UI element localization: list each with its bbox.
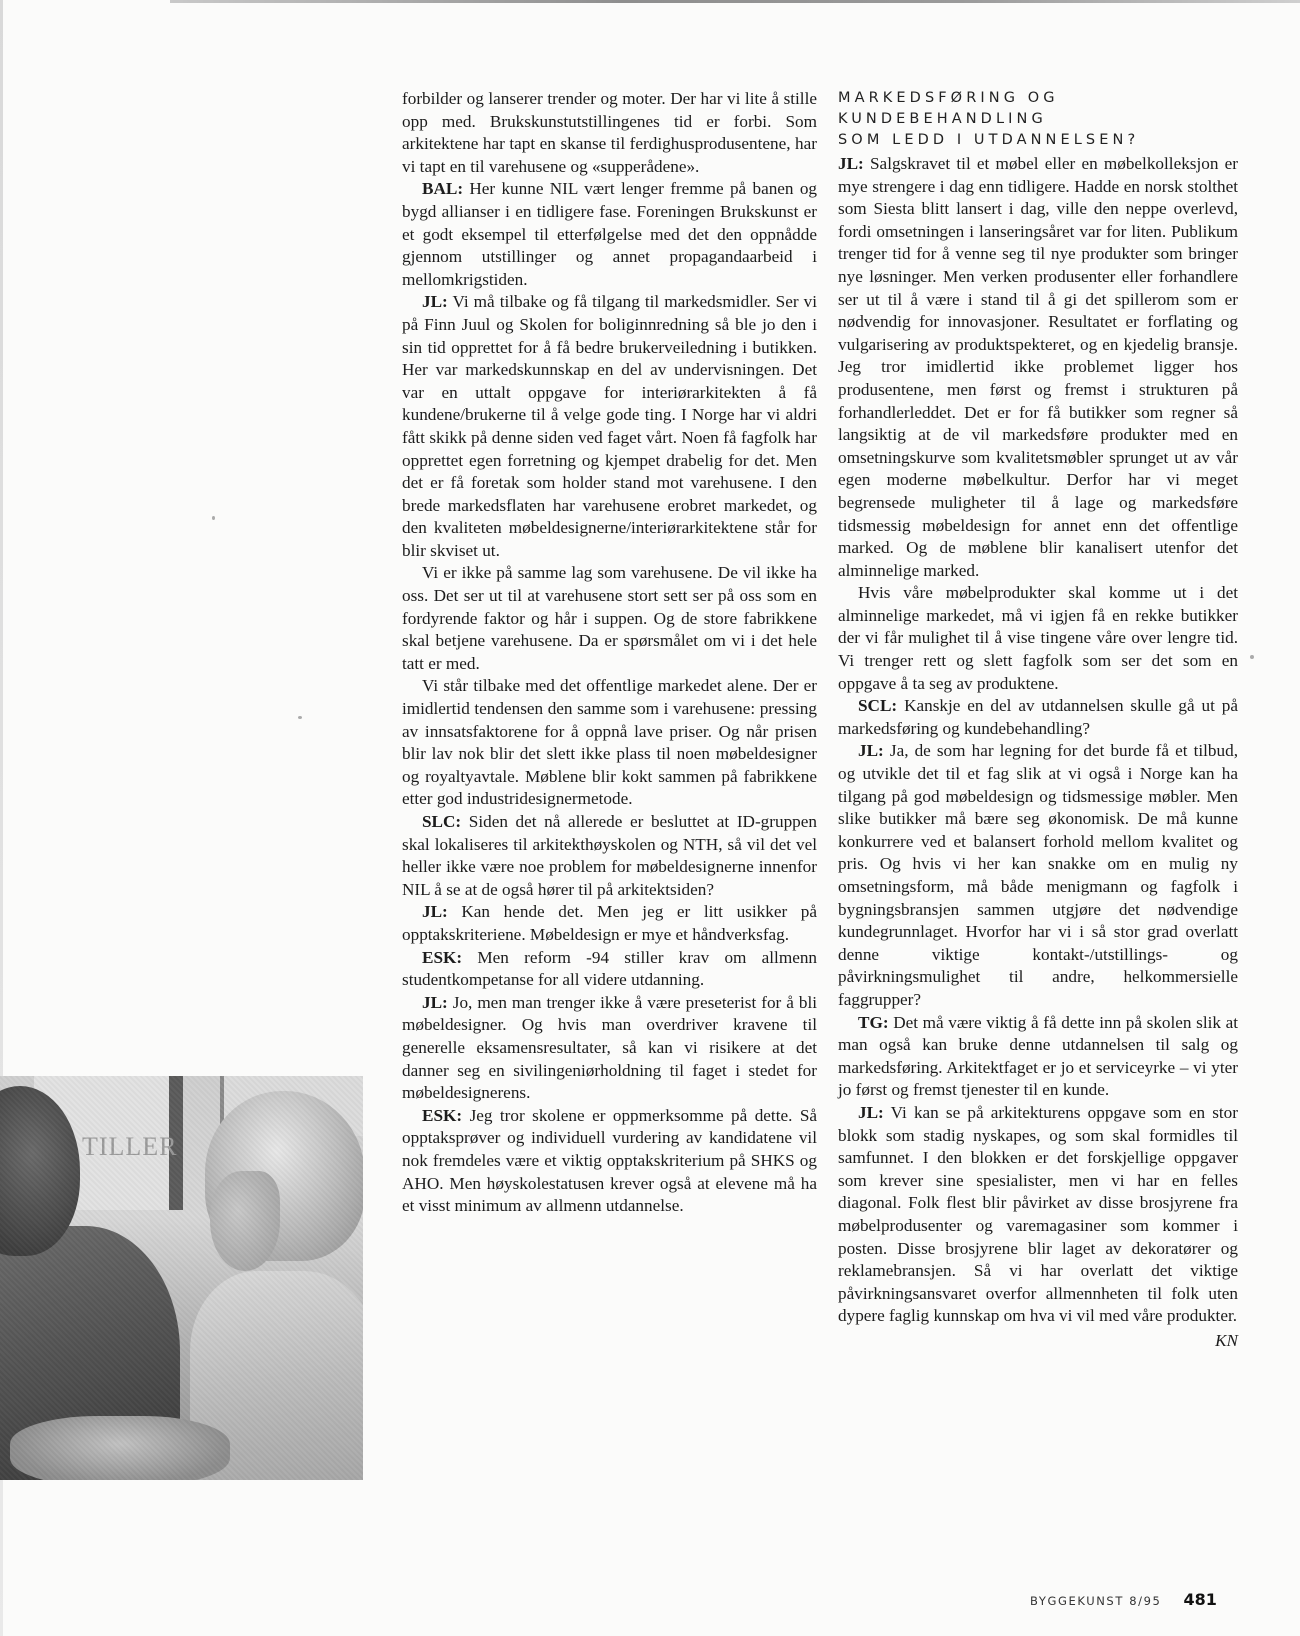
paragraph: JL: Salgskravet til et møbel eller en mø… [838, 153, 1238, 582]
paragraph: SLC: Siden det nå allerede er besluttet … [402, 811, 817, 901]
paragraph: JL: Ja, de som har legning for det burde… [838, 740, 1238, 1011]
paragraph: Vi står tilbake med det offentlige marke… [402, 675, 817, 811]
speaker-label: JL: [858, 1103, 884, 1122]
speaker-label: TG: [858, 1013, 889, 1032]
speaker-label: JL: [422, 993, 448, 1012]
paragraph: BAL: Her kunne NIL vært lenger fremme på… [402, 178, 817, 291]
paragraph: forbilder og lanserer trender og moter. … [402, 88, 817, 178]
speaker-label: JL: [422, 902, 448, 921]
paragraph: JL: Vi må tilbake og få tilgang til mark… [402, 291, 817, 562]
paragraph: ESK: Jeg tror skolene er oppmerksomme på… [402, 1105, 817, 1218]
speaker-label: JL: [422, 292, 448, 311]
speaker-label: ESK: [422, 1106, 462, 1125]
paragraph: JL: Kan hende det. Men jeg er litt usikk… [402, 901, 817, 946]
article-column-left: forbilder og lanserer trender og moter. … [402, 88, 817, 1218]
paragraph: ESK: Men reform -94 stiller krav om allm… [402, 947, 817, 992]
speaker-label: BAL: [422, 179, 463, 198]
paragraph: Hvis våre møbelprodukter skal komme ut i… [838, 582, 1238, 695]
scan-top-edge [170, 0, 1300, 3]
section-heading: MARKEDSFØRING OG KUNDEBEHANDLING SOM LED… [838, 88, 1238, 151]
speaker-label: JL: [858, 741, 884, 760]
article-column-right: MARKEDSFØRING OG KUNDEBEHANDLING SOM LED… [838, 88, 1238, 1352]
speaker-label: SLC: [422, 812, 461, 831]
photo-grain [0, 1076, 363, 1480]
interview-photo: TILLER [0, 1076, 363, 1480]
paragraph: JL: Jo, men man trenger ikke å være pres… [402, 992, 817, 1105]
paragraph: TG: Det må være viktig å få dette inn på… [838, 1012, 1238, 1102]
journal-issue: BYGGEKUNST 8/95 [1030, 1594, 1161, 1608]
paragraph: SCL: Kanskje en del av utdannelsen skull… [838, 695, 1238, 740]
paragraph: JL: Vi kan se på arkitekturens oppgave s… [838, 1102, 1238, 1328]
author-signature: KN [838, 1330, 1238, 1353]
speaker-label: JL: [838, 154, 864, 173]
speaker-label: SCL: [858, 696, 897, 715]
paragraph: Vi er ikke på samme lag som varehusene. … [402, 562, 817, 675]
page-footer: BYGGEKUNST 8/95 481 [1030, 1590, 1217, 1609]
scan-speck [212, 516, 215, 520]
scan-speck [298, 716, 302, 719]
page-number: 481 [1183, 1590, 1216, 1609]
speaker-label: ESK: [422, 948, 462, 967]
scan-speck [1250, 655, 1254, 659]
